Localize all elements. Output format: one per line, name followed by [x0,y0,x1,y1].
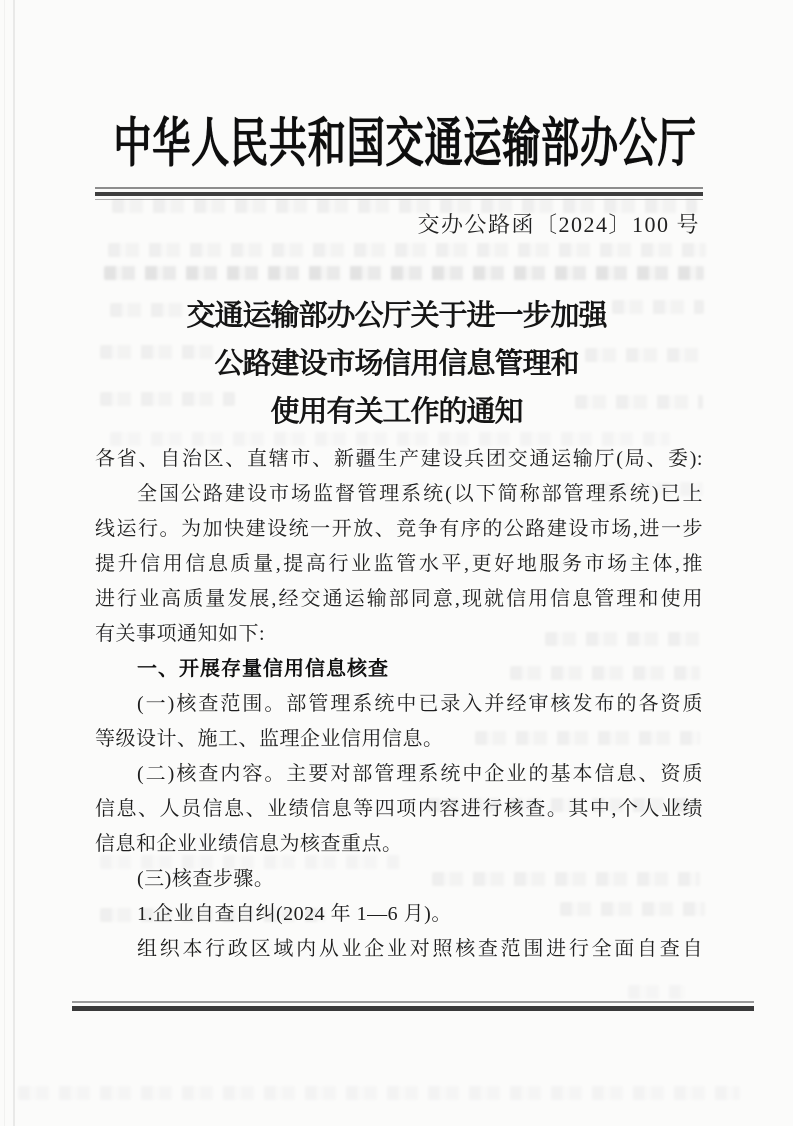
bleed-through-smudge [432,872,700,886]
bleed-through-smudge [100,345,220,359]
bleed-through-smudge [100,392,235,406]
bleed-through-smudge [108,243,706,257]
body-line: 线运行。为加快建设统一开放、竞争有序的公路建设市场,进一步 [95,512,703,547]
bleed-through-smudge [475,731,700,745]
rule-thin [95,187,703,189]
bleed-through-smudge [18,1086,740,1100]
bleed-through-smudge [510,666,700,680]
bleed-through-smudge [100,855,400,869]
body-line-salutation: 各省、自治区、直辖市、新疆生产建设兵团交通运输厅(局、委): [95,442,703,477]
bleed-through-smudge [110,303,190,317]
letterhead: 中华人民共和国交通运输部办公厅 [0,102,793,186]
body-line: 组织本行政区域内从业企业对照核查范围进行全面自查自 [95,932,703,967]
body-line: 进行业高质量发展,经交通运输部同意,现就信用信息管理和使用 [95,582,703,617]
rule-thick [95,192,703,196]
bleed-through-smudge [428,798,700,812]
bleed-through-smudge [104,266,704,280]
bleed-through-smudge [545,632,700,646]
document-body: 各省、自治区、直辖市、新疆生产建设兵团交通运输厅(局、委): 全国公路建设市场监… [95,442,703,967]
letterhead-text: 中华人民共和国交通运输部办公厅 [113,102,696,186]
bleed-through-smudge [100,908,325,922]
bleed-through-smudge [612,300,704,314]
rule-thick [72,1006,754,1011]
bleed-through-smudge [575,395,703,409]
bleed-through-smudge [112,199,697,213]
rule-thin [72,1001,754,1003]
body-line: 提升信用信息质量,提高行业监管水平,更好地服务市场主体,推 [95,547,703,582]
body-line: (一)核查范围。部管理系统中已录入并经审核发布的各资质 [95,687,703,722]
bleed-through-smudge [560,902,705,916]
bleed-through-smudge [585,348,703,362]
page-bottom-rule [72,1001,754,1011]
scanned-document-page: 中华人民共和国交通运输部办公厅 交办公路函〔2024〕100 号 交通运输部办公… [0,0,793,1126]
bleed-through-smudge [598,482,703,496]
bleed-through-smudge [110,432,670,446]
bleed-through-smudge [628,985,686,999]
body-line: (二)核查内容。主要对部管理系统中企业的基本信息、资质 [95,757,703,792]
